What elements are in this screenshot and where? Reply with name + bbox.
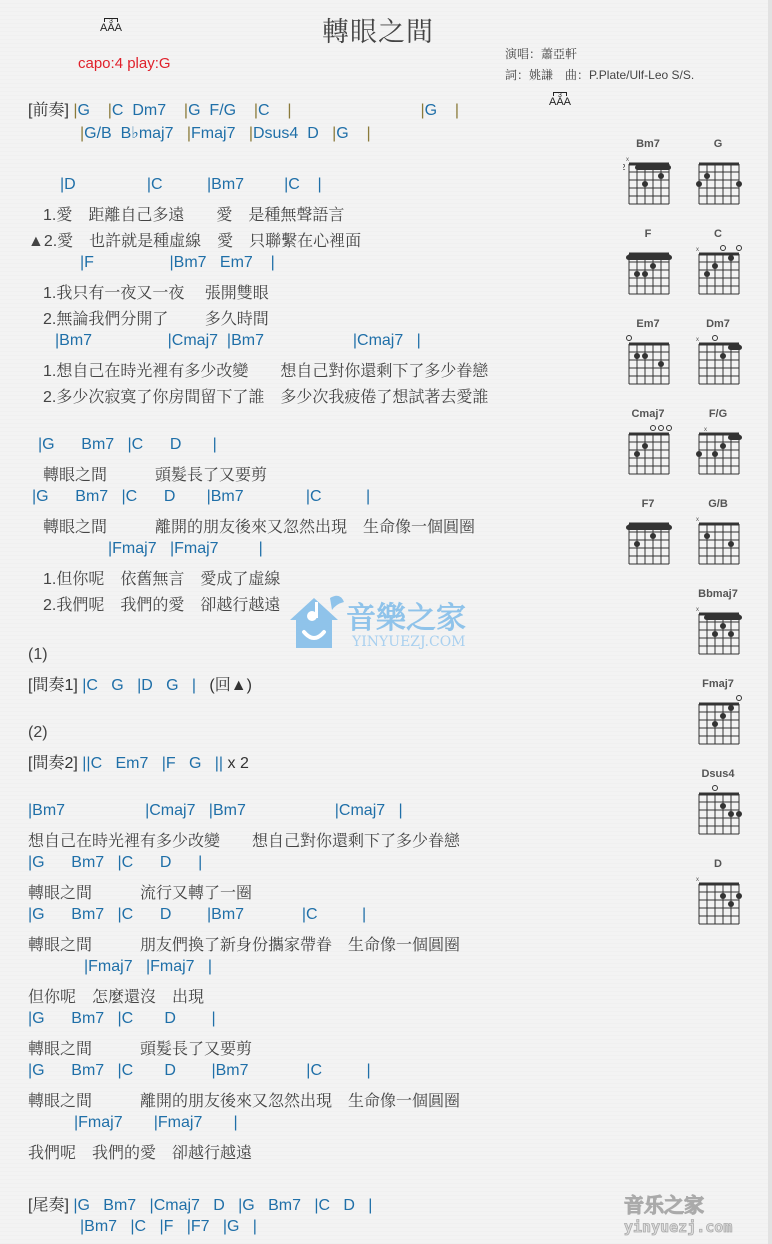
chorus-chords-2: |G Bm7 |C D |Bm7 |C | [32, 488, 370, 506]
interlude-2-line: [間奏2] ||C Em7 |F G || x 2 [28, 750, 249, 773]
chord-diagram-g-over-b: G/B x [693, 498, 743, 579]
chord-diagram-bbmaj7: Bbmaj7 x [693, 588, 743, 669]
final-lyric-2: 轉眼之間 流行又轉了一圈 [28, 880, 252, 903]
final-chords-7: |Fmaj7 |Fmaj7 | [74, 1114, 238, 1132]
chord-diagram-fmaj7: Fmaj7 [693, 678, 743, 759]
final-lyric-1: 想自己在時光裡有多少改變 想自己對你還剩下了多少眷戀 [28, 828, 460, 851]
chorus-chords-3: |Fmaj7 |Fmaj7 | [108, 540, 263, 558]
final-chords-3: |G Bm7 |C D |Bm7 |C | [28, 906, 366, 924]
final-lyric-3: 轉眼之間 朋友們換了新身份攜家帶眷 生命像一個圓圈 [28, 932, 460, 955]
verse-chords-2: |F |Bm7 Em7 | [80, 254, 275, 272]
capo-info: capo:4 play:G [78, 55, 171, 72]
rhythm-pattern-right: 3 AAA [549, 92, 571, 107]
prelude-line-2: |G/B B♭maj7 |Fmaj7 |Dsus4 D |G | [80, 123, 371, 143]
final-lyric-7: 我們呢 我們的愛 卻越行越遠 [28, 1140, 252, 1163]
final-chords-1: |Bm7 |Cmaj7 |Bm7 |Cmaj7 | [28, 802, 403, 820]
final-chords-2: |G Bm7 |C D | [28, 854, 202, 872]
svg-text:2: 2 [623, 163, 626, 172]
section-tag-prelude: [前奏] [28, 102, 69, 119]
chord-diagram-cmaj7: Cmaj7 [623, 408, 673, 489]
corner-watermark: 音乐之家 yinyuezj.com [622, 1190, 762, 1244]
chorus-lyric-3b: 2.我們呢 我們的愛 卻越行越遠 [43, 592, 280, 615]
svg-text:x: x [696, 877, 699, 883]
svg-text:x: x [704, 427, 707, 433]
final-chords-5: |G Bm7 |C D | [28, 1010, 216, 1028]
watermark-logo: 音樂之家 YINYUEZJ.COM [282, 592, 492, 659]
interlude-2-label: (2) [28, 724, 48, 742]
final-chords-6: |G Bm7 |C D |Bm7 |C | [28, 1062, 371, 1080]
final-lyric-4: 但你呢 怎麼還沒 出現 [28, 984, 204, 1007]
chord-diagram-em7: Em7 [623, 318, 673, 399]
svg-text:x: x [696, 517, 699, 523]
verse-lyric-2a: 1.我只有一夜又一夜 張開雙眼 [43, 280, 269, 303]
lyrics-music-credit: 詞：姚謙 曲：P.Plate/Ulf-Leo S/S. [505, 66, 694, 83]
verse-chords-1: |D |C |Bm7 |C | [60, 176, 322, 194]
prelude-line-1: [前奏] |G |C Dm7 |G F/G |C | |G | [28, 97, 459, 120]
svg-text:yinyuezj.com: yinyuezj.com [624, 1218, 732, 1236]
chord-diagram-f7: F7 [623, 498, 673, 579]
page-right-edge [768, 0, 772, 1244]
chorus-lyric-1: 轉眼之間 頭髮長了又要剪 [43, 462, 267, 485]
song-title: 轉眼之間 [322, 10, 434, 49]
final-chords-4: |Fmaj7 |Fmaj7 | [84, 958, 212, 976]
interlude-1-label: (1) [28, 646, 48, 664]
final-lyric-5: 轉眼之間 頭髮長了又要剪 [28, 1036, 252, 1059]
singer-credit: 演唱：蕭亞軒 [505, 45, 577, 62]
rhythm-pattern-top: 3 AAA [100, 18, 122, 33]
chorus-chords-1: |G Bm7 |C D | [38, 436, 217, 454]
chord-diagram-g: G [693, 138, 743, 219]
chord-diagram-c: C x [693, 228, 743, 309]
outro-line-2: |Bm7 |C |F |F7 |G | [80, 1218, 257, 1236]
svg-text:x: x [696, 247, 699, 253]
verse-lyric-2b: 2.無論我們分開了 多久時間 [43, 306, 269, 329]
svg-text:x: x [696, 607, 699, 613]
svg-text:YINYUEZJ.COM: YINYUEZJ.COM [351, 634, 466, 650]
outro-line-1: [尾奏] |G Bm7 |Cmaj7 D |G Bm7 |C D | [28, 1192, 372, 1215]
chorus-lyric-3a: 1.但你呢 依舊無言 愛成了虛線 [43, 566, 280, 589]
svg-text:x: x [626, 157, 629, 163]
chord-diagram-bm7: Bm7 2x [623, 138, 673, 219]
verse-lyric-1a: 1.愛 距離自己多遠 愛 是種無聲語言 [43, 202, 344, 225]
interlude-1-line: [間奏1] |C G |D G | (回▲) [28, 672, 252, 695]
svg-text:音樂之家: 音樂之家 [346, 601, 466, 636]
chord-diagram-dm7: Dm7 x [693, 318, 743, 399]
chord-diagram-f-over-g: F/G x [693, 408, 743, 489]
final-lyric-6: 轉眼之間 離開的朋友後來又忽然出現 生命像一個圓圈 [28, 1088, 460, 1111]
chorus-lyric-2: 轉眼之間 離開的朋友後來又忽然出現 生命像一個圓圈 [43, 514, 475, 537]
chord-diagram-f: F [623, 228, 673, 309]
chord-diagram-d: D x [693, 858, 743, 939]
verse-chords-3: |Bm7 |Cmaj7 |Bm7 |Cmaj7 | [55, 332, 421, 350]
verse-lyric-3a: 1.想自己在時光裡有多少改變 想自己對你還剩下了多少眷戀 [43, 358, 488, 381]
verse-lyric-1b: ▲2.愛 也許就是種虛線 愛 只聯繫在心裡面 [28, 228, 361, 251]
svg-text:音乐之家: 音乐之家 [624, 1193, 704, 1217]
verse-lyric-3b: 2.多少次寂寞了你房間留下了誰 多少次我疲倦了想試著去愛誰 [43, 384, 488, 407]
chord-diagram-dsus4: Dsus4 [693, 768, 743, 849]
svg-text:x: x [696, 337, 699, 343]
